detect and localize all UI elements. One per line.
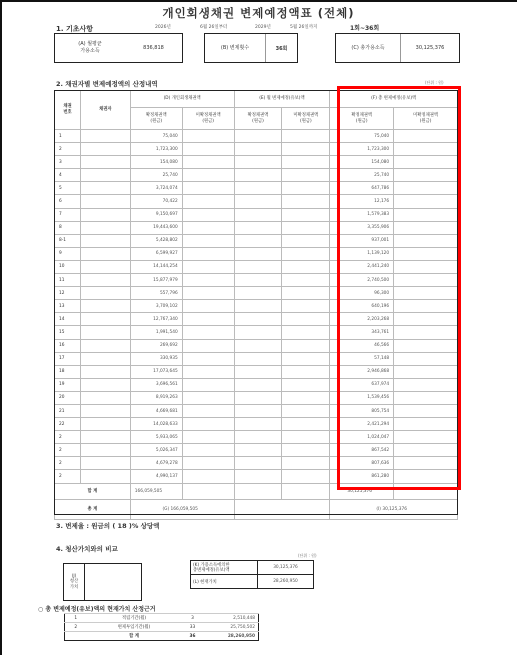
d-confirmed: 269,692 (130, 339, 182, 352)
f-confirmed: 2,740,500 (330, 274, 394, 287)
table-row: 24,990,137861,280 (55, 470, 458, 483)
table-row: 12557,79696,300 (55, 287, 458, 300)
table-row: 133,709,102640,196 (55, 300, 458, 313)
total-d: (G) 166,059,505 (130, 499, 234, 519)
e-confirmed (234, 169, 282, 182)
d-unconfirmed (182, 378, 234, 391)
f-confirmed: 2,441,240 (330, 260, 394, 273)
d-confirmed: 12,767,340 (130, 313, 182, 326)
creditor-name (80, 195, 130, 208)
creditor-name (80, 287, 130, 300)
f-unconfirmed (394, 247, 458, 260)
e-confirmed (234, 274, 282, 287)
e-unconfirmed (282, 378, 330, 391)
creditor-no: 12 (55, 287, 81, 300)
period-end-md: 5월 26일까지 (290, 24, 317, 30)
e-confirmed (234, 339, 282, 352)
creditor-no: 6 (55, 195, 81, 208)
f-unconfirmed (394, 274, 458, 287)
d-unconfirmed (182, 300, 234, 313)
table-row: 21,723,3001,723,300 (55, 143, 458, 156)
period-end-year: 2029년 (255, 24, 271, 30)
table-row: 8-15,428,802937,001 (55, 234, 458, 247)
creditor-name (80, 391, 130, 404)
creditor-no: 17 (55, 352, 81, 365)
f-unconfirmed (394, 431, 458, 444)
creditor-no: 7 (55, 208, 81, 221)
e-unconfirmed (282, 313, 330, 326)
payment-count-label: (B) 변제횟수 (205, 34, 266, 62)
d-unconfirmed (182, 352, 234, 365)
d-unconfirmed (182, 260, 234, 273)
e-confirmed (234, 418, 282, 431)
d-confirmed: 8,919,263 (130, 391, 182, 404)
f-confirmed: 640,196 (330, 300, 394, 313)
creditor-no: 18 (55, 365, 81, 378)
e-unconfirmed (282, 169, 330, 182)
f-unconfirmed (394, 444, 458, 457)
basis-amount: 28,260,950 (204, 632, 259, 641)
d-confirmed: 6,599,927 (130, 247, 182, 260)
table-row: 151,991,540343,761 (55, 326, 458, 339)
total-income-label: (C) 총가용소득 (336, 34, 401, 62)
section4-unit: (단위 : 원) (298, 553, 317, 559)
d-confirmed: 9,150,697 (130, 208, 182, 221)
f-unconfirmed (394, 378, 458, 391)
creditor-no: 16 (55, 339, 81, 352)
d-confirmed: 1,991,540 (130, 326, 182, 339)
f-confirmed: 2,421,294 (330, 418, 394, 431)
liquidation-label: (J) 청산 가치 (64, 564, 85, 600)
e-confirmed (234, 234, 282, 247)
creditor-no: 2 (55, 470, 81, 483)
basis-label: 적립기간(월) (87, 614, 182, 623)
section2-unit: (단위 : 원) (425, 80, 444, 86)
e-unconfirmed (282, 470, 330, 483)
creditor-name (80, 326, 130, 339)
table-row: 2214,028,6332,421,294 (55, 418, 458, 431)
e-confirmed (234, 300, 282, 313)
e-confirmed (234, 221, 282, 234)
f-confirmed: 861,280 (330, 470, 394, 483)
comparison-table: (K) 가용소득에의한 총변제예정(유보)액 30,125,376 (L) 현재… (190, 560, 314, 589)
f-confirmed: 2,203,268 (330, 313, 394, 326)
d-unconfirmed (182, 274, 234, 287)
creditor-name (80, 339, 130, 352)
f-unconfirmed (394, 404, 458, 417)
creditor-no: 19 (55, 378, 81, 391)
creditor-no: 11 (55, 274, 81, 287)
f-confirmed: 807,636 (330, 457, 394, 470)
d-confirmed: 3,696,561 (130, 378, 182, 391)
f-confirmed: 25,740 (330, 169, 394, 182)
payment-count-box: (B) 변제횟수 36회 (204, 33, 298, 63)
monthly-income-box: (A) 월평균 가용소득 836,818 (54, 33, 183, 63)
d-confirmed: 4,669,681 (130, 404, 182, 417)
d-unconfirmed (182, 326, 234, 339)
d-confirmed: 330,935 (130, 352, 182, 365)
table-row: 1014,144,2542,441,240 (55, 260, 458, 273)
header-f-unconfirmed: 미확정채권액 (원금) (394, 108, 458, 130)
e-unconfirmed (282, 234, 330, 247)
f-unconfirmed (394, 130, 458, 143)
sum-f-confirmed: 30,125,376 (330, 483, 394, 499)
table-row: 425,74025,740 (55, 169, 458, 182)
e-unconfirmed (282, 352, 330, 365)
e-unconfirmed (282, 130, 330, 143)
e-confirmed (234, 182, 282, 195)
d-confirmed: 17,073,645 (130, 365, 182, 378)
sum-label: 합 계 (55, 483, 131, 499)
d-unconfirmed (182, 247, 234, 260)
d-unconfirmed (182, 444, 234, 457)
d-confirmed: 5,026,347 (130, 444, 182, 457)
e-unconfirmed (282, 326, 330, 339)
section4-label: 4. 청산가치와의 비교 (56, 544, 118, 553)
e-unconfirmed (282, 300, 330, 313)
table-row: 214,669,681805,754 (55, 404, 458, 417)
table-row: 208,919,2631,539,456 (55, 391, 458, 404)
f-unconfirmed (394, 418, 458, 431)
creditor-no: 5 (55, 182, 81, 195)
f-unconfirmed (394, 339, 458, 352)
section3-label: 3. 변제율 : 원금의 ( 18 )% 상당액 (56, 521, 159, 530)
creditor-name (80, 208, 130, 221)
d-unconfirmed (182, 418, 234, 431)
table-row: 17330,93557,148 (55, 352, 458, 365)
f-confirmed: 647,786 (330, 182, 394, 195)
d-unconfirmed (182, 287, 234, 300)
section2-label: 2. 채권자별 변제예정액의 산정내역 (56, 79, 158, 88)
f-unconfirmed (394, 287, 458, 300)
basis-amount: 2,510,448 (204, 614, 259, 623)
creditor-name (80, 300, 130, 313)
e-unconfirmed (282, 143, 330, 156)
creditor-name (80, 143, 130, 156)
creditor-name (80, 130, 130, 143)
e-unconfirmed (282, 444, 330, 457)
liquidation-value-box: (J) 청산 가치 (63, 563, 142, 601)
f-unconfirmed (394, 457, 458, 470)
creditor-no: 10 (55, 260, 81, 273)
creditor-no: 8-1 (55, 234, 81, 247)
e-confirmed (234, 326, 282, 339)
f-unconfirmed (394, 470, 458, 483)
f-unconfirmed (394, 365, 458, 378)
total-income-box: (C) 총가용소득 30,125,376 (335, 33, 460, 63)
e-confirmed (234, 208, 282, 221)
basis-row: 2변제투입기간(월)3325,750,502 (65, 623, 259, 632)
d-unconfirmed (182, 391, 234, 404)
e-confirmed (234, 378, 282, 391)
e-confirmed (234, 352, 282, 365)
e-unconfirmed (282, 156, 330, 169)
basis-row: 합 계3628,260,950 (65, 632, 259, 641)
header-creditor-no: 채권 번호 (55, 91, 81, 130)
table-row: 25,026,347867,542 (55, 444, 458, 457)
e-confirmed (234, 143, 282, 156)
e-unconfirmed (282, 221, 330, 234)
creditor-name (80, 431, 130, 444)
e-confirmed (234, 287, 282, 300)
creditor-name (80, 352, 130, 365)
e-unconfirmed (282, 208, 330, 221)
creditor-no: 8 (55, 221, 81, 234)
e-confirmed (234, 260, 282, 273)
f-unconfirmed (394, 182, 458, 195)
d-unconfirmed (182, 221, 234, 234)
e-unconfirmed (282, 457, 330, 470)
d-unconfirmed (182, 313, 234, 326)
table-row: 1115,877,9792,740,500 (55, 274, 458, 287)
creditor-no: 20 (55, 391, 81, 404)
f-confirmed: 1,723,300 (330, 143, 394, 156)
page-frame-left (0, 0, 2, 655)
d-confirmed: 1,723,300 (130, 143, 182, 156)
e-unconfirmed (282, 247, 330, 260)
table-row: 96,599,9271,139,120 (55, 247, 458, 260)
f-confirmed: 75,040 (330, 130, 394, 143)
header-f-confirmed: 확정채권액 (원금) (330, 108, 394, 130)
header-group-e: (E) 월 변제예정(유보)액 (234, 91, 330, 108)
e-unconfirmed (282, 431, 330, 444)
page-frame-top (0, 0, 517, 2)
document-title: 개인회생채권 변제예정액표 (전체) (0, 5, 517, 21)
creditor-name (80, 260, 130, 273)
e-confirmed (234, 195, 282, 208)
d-unconfirmed (182, 143, 234, 156)
d-unconfirmed (182, 339, 234, 352)
table-row: 175,04075,040 (55, 130, 458, 143)
e-confirmed (234, 444, 282, 457)
d-unconfirmed (182, 182, 234, 195)
creditor-no: 1 (55, 130, 81, 143)
f-confirmed: 154,080 (330, 156, 394, 169)
creditor-no: 2 (55, 457, 81, 470)
d-unconfirmed (182, 130, 234, 143)
basis-months: 33 (182, 623, 204, 632)
creditor-no: 21 (55, 404, 81, 417)
d-confirmed: 557,796 (130, 287, 182, 300)
d-unconfirmed (182, 169, 234, 182)
e-confirmed (234, 457, 282, 470)
e-unconfirmed (282, 339, 330, 352)
d-confirmed: 15,877,979 (130, 274, 182, 287)
e-confirmed (234, 313, 282, 326)
f-confirmed: 343,761 (330, 326, 394, 339)
f-confirmed: 57,148 (330, 352, 394, 365)
creditor-name (80, 470, 130, 483)
e-unconfirmed (282, 195, 330, 208)
creditor-name (80, 156, 130, 169)
f-unconfirmed (394, 208, 458, 221)
e-unconfirmed (282, 260, 330, 273)
header-e-confirmed: 확정채권액 (원금) (234, 108, 282, 130)
creditor-no: 13 (55, 300, 81, 313)
table-row: 3154,080154,080 (55, 156, 458, 169)
creditor-no: 2 (55, 444, 81, 457)
e-unconfirmed (282, 274, 330, 287)
e-unconfirmed (282, 287, 330, 300)
installments-range: 1회~36회 (350, 23, 379, 32)
f-confirmed: 805,754 (330, 404, 394, 417)
creditor-name (80, 274, 130, 287)
table-row: 1412,767,3402,203,268 (55, 313, 458, 326)
basis-no (65, 632, 87, 641)
creditor-no: 4 (55, 169, 81, 182)
table-row: 53,724,074647,786 (55, 182, 458, 195)
e-confirmed (234, 404, 282, 417)
d-confirmed: 14,028,633 (130, 418, 182, 431)
creditor-no: 14 (55, 313, 81, 326)
f-unconfirmed (394, 326, 458, 339)
f-unconfirmed (394, 143, 458, 156)
d-confirmed: 19,443,600 (130, 221, 182, 234)
e-confirmed (234, 365, 282, 378)
table-row: 193,696,561637,974 (55, 378, 458, 391)
f-confirmed: 12,176 (330, 195, 394, 208)
f-unconfirmed (394, 260, 458, 273)
creditor-no: 15 (55, 326, 81, 339)
basis-label: ○ 총 변제예정(유보)액의 현재가치 산정근거 (38, 604, 156, 613)
f-confirmed: 96,300 (330, 287, 394, 300)
table-row: 819,443,6003,355,906 (55, 221, 458, 234)
d-unconfirmed (182, 195, 234, 208)
creditor-no: 22 (55, 418, 81, 431)
l-value: 28,260,950 (258, 575, 314, 589)
creditor-name (80, 404, 130, 417)
f-confirmed: 1,139,120 (330, 247, 394, 260)
liquidation-value (85, 564, 141, 600)
d-confirmed: 4,990,137 (130, 470, 182, 483)
creditor-name (80, 378, 130, 391)
header-creditor: 채권자 (80, 91, 130, 130)
f-confirmed: 1,579,383 (330, 208, 394, 221)
d-confirmed: 154,080 (130, 156, 182, 169)
header-group-d: (D) 개인회생채권액 (130, 91, 234, 108)
creditor-name (80, 182, 130, 195)
d-unconfirmed (182, 234, 234, 247)
e-confirmed (234, 470, 282, 483)
d-confirmed: 25,740 (130, 169, 182, 182)
f-unconfirmed (394, 352, 458, 365)
f-confirmed: 2,946,868 (330, 365, 394, 378)
d-confirmed: 14,144,254 (130, 260, 182, 273)
f-unconfirmed (394, 169, 458, 182)
e-unconfirmed (282, 418, 330, 431)
f-unconfirmed (394, 221, 458, 234)
basis-no: 1 (65, 614, 87, 623)
present-value-basis-table: 1적립기간(월)32,510,4482변제투입기간(월)3325,750,502… (64, 613, 259, 641)
d-unconfirmed (182, 470, 234, 483)
basis-months: 3 (182, 614, 204, 623)
d-unconfirmed (182, 208, 234, 221)
d-confirmed: 3,724,074 (130, 182, 182, 195)
table-row: 1817,073,6452,946,868 (55, 365, 458, 378)
d-unconfirmed (182, 156, 234, 169)
d-confirmed: 70,422 (130, 195, 182, 208)
e-confirmed (234, 156, 282, 169)
f-confirmed: 46,566 (330, 339, 394, 352)
creditor-name (80, 418, 130, 431)
creditor-name (80, 221, 130, 234)
creditor-name (80, 234, 130, 247)
table-row: 79,150,6971,579,383 (55, 208, 458, 221)
header-group-f: (F) 총 변제예정(유보)액 (330, 91, 458, 108)
basis-row: 1적립기간(월)32,510,448 (65, 614, 259, 623)
f-unconfirmed (394, 391, 458, 404)
total-f: (I) 30,125,376 (330, 499, 458, 519)
sum-d-confirmed: 166,059,505 (130, 483, 182, 499)
f-confirmed: 637,974 (330, 378, 394, 391)
d-unconfirmed (182, 365, 234, 378)
e-unconfirmed (282, 182, 330, 195)
d-unconfirmed (182, 431, 234, 444)
e-confirmed (234, 247, 282, 260)
total-income-value: 30,125,376 (401, 45, 459, 51)
f-confirmed: 3,355,906 (330, 221, 394, 234)
creditor-no: 2 (55, 143, 81, 156)
period-start-md: 6월 26일부터 (200, 24, 227, 30)
table-row: 16269,69246,566 (55, 339, 458, 352)
e-confirmed (234, 130, 282, 143)
creditor-name (80, 365, 130, 378)
d-confirmed: 5,933,065 (130, 431, 182, 444)
d-unconfirmed (182, 457, 234, 470)
e-confirmed (234, 431, 282, 444)
d-unconfirmed (182, 404, 234, 417)
payment-count-value: 36회 (266, 45, 297, 52)
f-confirmed: 1,539,456 (330, 391, 394, 404)
header-d-confirmed: 확정채권액 (원금) (130, 108, 182, 130)
k-value: 30,125,376 (258, 561, 314, 575)
creditor-no: 3 (55, 156, 81, 169)
basis-no: 2 (65, 623, 87, 632)
creditor-name (80, 247, 130, 260)
basis-label: 변제투입기간(월) (87, 623, 182, 632)
d-confirmed: 3,709,102 (130, 300, 182, 313)
total-row: 총 계 (G) 166,059,505 (I) 30,125,376 (55, 499, 458, 519)
table-row: 670,42212,176 (55, 195, 458, 208)
f-unconfirmed (394, 300, 458, 313)
creditor-no: 9 (55, 247, 81, 260)
e-unconfirmed (282, 365, 330, 378)
f-unconfirmed (394, 195, 458, 208)
creditor-name (80, 457, 130, 470)
creditor-payment-table: 채권 번호 채권자 (D) 개인회생채권액 (E) 월 변제예정(유보)액 (F… (54, 90, 458, 520)
monthly-income-label: (A) 월평균 가용소득 (55, 41, 125, 55)
l-label: (L) 현재가치 (191, 575, 258, 589)
d-confirmed: 75,040 (130, 130, 182, 143)
basis-months: 36 (182, 632, 204, 641)
table-row: 24,679,278807,636 (55, 457, 458, 470)
d-confirmed: 5,428,802 (130, 234, 182, 247)
basis-label: 합 계 (87, 632, 182, 641)
total-label: 총 계 (55, 499, 131, 519)
f-unconfirmed (394, 234, 458, 247)
f-unconfirmed (394, 313, 458, 326)
header-e-unconfirmed: 미확정채권액 (원금) (282, 108, 330, 130)
monthly-income-value: 836,818 (125, 45, 182, 51)
e-unconfirmed (282, 404, 330, 417)
table-row: 25,933,0651,024,047 (55, 431, 458, 444)
d-confirmed: 4,679,278 (130, 457, 182, 470)
creditor-name (80, 444, 130, 457)
e-unconfirmed (282, 391, 330, 404)
f-unconfirmed (394, 156, 458, 169)
creditor-no: 2 (55, 431, 81, 444)
creditor-name (80, 313, 130, 326)
